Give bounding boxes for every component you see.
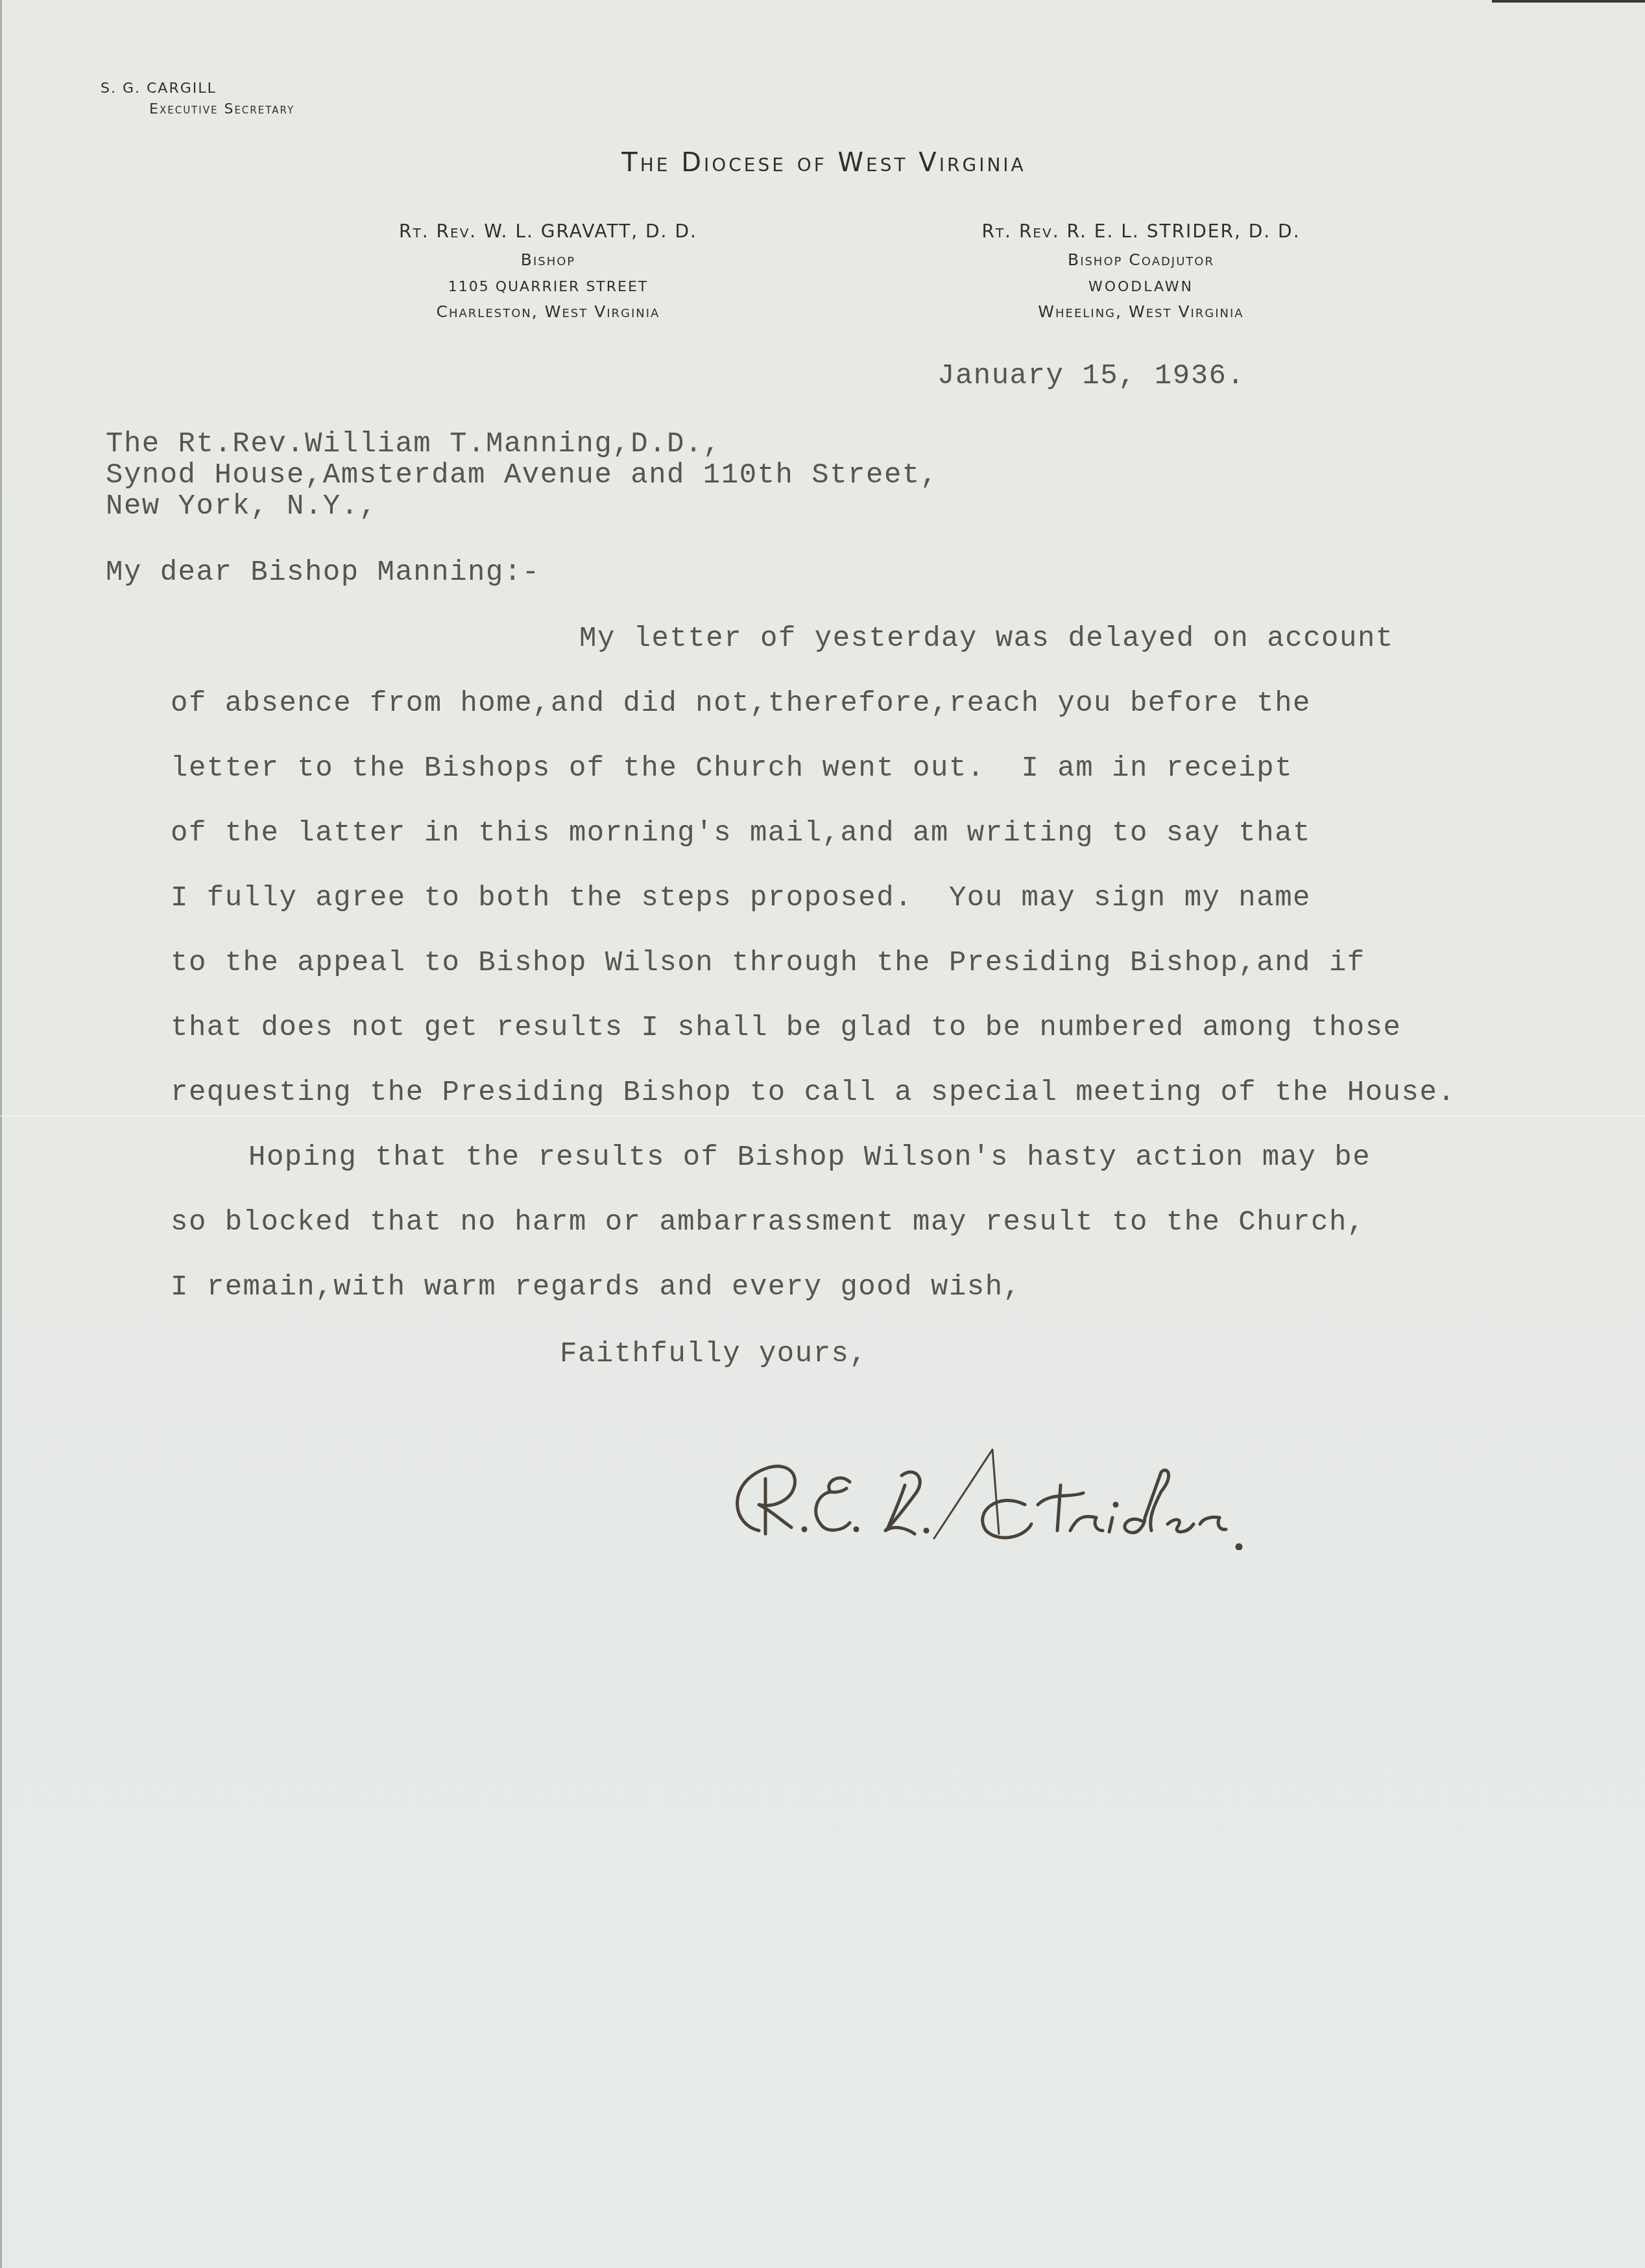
bishop-right-address: WOODLAWN <box>1088 279 1194 295</box>
recipient-line-3: New York, N.Y., <box>106 490 378 523</box>
letter-date: January 15, 1936. <box>937 360 1245 392</box>
secretary-name: S. G. CARGILL <box>101 80 217 97</box>
body-line: that does not get results I shall be gla… <box>171 1012 1402 1044</box>
fold-crease <box>0 1116 1645 1117</box>
body-line: of the latter in this morning's mail,and… <box>171 817 1311 850</box>
organization-title: The Diocese of West Virginia <box>621 148 1026 178</box>
page-edge-shadow <box>1492 0 1645 3</box>
handwritten-signature: R. E. L. Strider. <box>720 1420 1278 1550</box>
secretary-title: Executive Secretary <box>149 101 294 117</box>
bishop-left-title: Bishop <box>521 250 575 269</box>
bishop-right-title: Bishop Coadjutor <box>1068 250 1214 269</box>
body-line: My letter of yesterday was delayed on ac… <box>579 623 1394 655</box>
body-line: of absence from home,and did not,therefo… <box>171 687 1311 720</box>
recipient-line-2: Synod House,Amsterdam Avenue and 110th S… <box>106 459 939 492</box>
body-line: requesting the Presiding Bishop to call … <box>171 1077 1456 1109</box>
body-line: to the appeal to Bishop Wilson through t… <box>171 947 1365 979</box>
bishop-right-name: Rt. Rev. R. E. L. STRIDER, D. D. <box>981 221 1300 242</box>
closing: Faithfully yours, <box>560 1338 867 1370</box>
body-line: so blocked that no harm or ambarrassment… <box>171 1206 1365 1239</box>
salutation: My dear Bishop Manning:- <box>106 556 540 589</box>
letter-page: S. G. CARGILL Executive Secretary The Di… <box>0 0 1645 2268</box>
body-line: Hoping that the results of Bishop Wilson… <box>248 1141 1371 1174</box>
body-line: letter to the Bishops of the Church went… <box>171 752 1293 785</box>
bishop-left-name: Rt. Rev. W. L. GRAVATT, D. D. <box>399 221 697 242</box>
recipient-line-1: The Rt.Rev.William T.Manning,D.D., <box>106 428 721 460</box>
page-left-edge <box>0 0 2 2268</box>
body-line: I remain,with warm regards and every goo… <box>171 1271 1022 1304</box>
bishop-right-city: Wheeling, West Virginia <box>1038 302 1243 321</box>
bishop-left-address: 1105 QUARRIER STREET <box>448 279 649 295</box>
bishop-left-city: Charleston, West Virginia <box>437 302 660 321</box>
body-line: I fully agree to both the steps proposed… <box>171 882 1311 914</box>
